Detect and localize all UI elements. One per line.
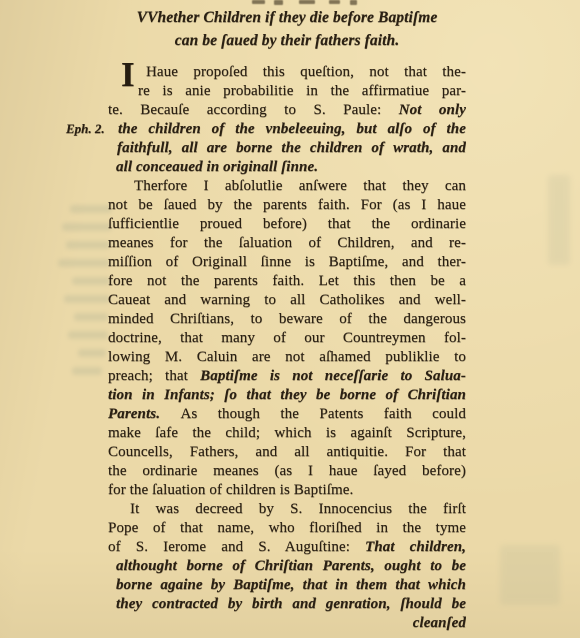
roman-text-segment: miſſion of Originall ſinne is Baptiſme, … xyxy=(108,254,466,270)
bleed-through-ghost xyxy=(64,295,110,303)
roman-text-segment: Therfore I abſolutlie anſwere that they … xyxy=(134,178,466,194)
text-line: minded Chriſtians, to beware of the dang… xyxy=(108,310,466,329)
text-line: cleanſed xyxy=(108,614,466,633)
roman-text-segment: re is anie probabilitie in the affirmati… xyxy=(138,83,466,99)
roman-text-segment: the ordinarie meanes (as I haue ſayed be… xyxy=(108,463,466,479)
text-line: Caueat and warning to all Catholikes and… xyxy=(108,291,466,310)
italic-text-segment: althought borne of Chriſtian Parents, ou… xyxy=(116,558,466,574)
roman-text-segment: make ſafe the child; which is againſt Sc… xyxy=(108,425,466,441)
text-line: tion in Infants; ſo that they be borne o… xyxy=(108,386,466,405)
bleed-through-ghost xyxy=(62,223,112,231)
text-line: the children of the vnbeleeuing, but alſ… xyxy=(108,120,466,139)
text-line: the ordinarie meanes (as I haue ſayed be… xyxy=(108,462,466,481)
roman-text-segment: As though the Patents faith could xyxy=(180,406,466,422)
roman-text-segment: Haue propoſed this queſtion, not that th… xyxy=(146,64,466,80)
text-line: of S. Ierome and S. Auguſtine: That chil… xyxy=(108,538,466,557)
roman-text-segment: ſufficientlie proued before) that the or… xyxy=(108,216,466,232)
text-line: doctrine, that many of our Countreymen f… xyxy=(108,329,466,348)
bleed-through-ghost xyxy=(548,175,570,265)
italic-text-segment: faithfull, all are borne the children of… xyxy=(117,140,466,156)
scanned-book-page: Eph. 2. VVhether Children if they die be… xyxy=(0,0,580,638)
roman-text-segment: Caueat and warning to all Catholikes and… xyxy=(108,292,466,308)
text-line: Parents. As though the Patents faith cou… xyxy=(108,405,466,424)
text-line: lowing M. Caluin are not aſhamed publikl… xyxy=(108,348,466,367)
roman-text-segment: not be ſaued by the parents faith. For (… xyxy=(108,197,466,213)
text-line: make ſafe the child; which is againſt Sc… xyxy=(108,424,466,443)
text-block: VVhether Children if they die before Bap… xyxy=(108,0,466,633)
heading-line: can be ſaued by their fathers faith. xyxy=(108,29,466,52)
roman-text-segment: te. Becauſe according to S. Paule: xyxy=(108,102,399,118)
roman-text-segment: preach; that xyxy=(108,368,200,384)
drop-cap-initial: I xyxy=(121,59,135,91)
roman-text-segment: meanes for the ſaluation of Children, an… xyxy=(108,235,466,251)
roman-text-segment: lowing M. Caluin are not aſhamed publikl… xyxy=(108,349,466,365)
text-line: fore not the parents faith. Let this the… xyxy=(108,272,466,291)
italic-text-segment: the children of the vnbeleeuing, but alſ… xyxy=(118,121,466,137)
roman-text-segment: of S. Ierome and S. Auguſtine: xyxy=(108,539,365,555)
text-line: re is anie probabilitie in the affirmati… xyxy=(108,82,466,101)
roman-text-segment: minded Chriſtians, to beware of the dang… xyxy=(108,311,466,327)
roman-text-segment: fore not the parents faith. Let this the… xyxy=(108,273,466,289)
roman-text-segment: doctrine, that many of our Countreymen f… xyxy=(108,330,466,346)
text-line: borne againe by Baptiſme, that in them t… xyxy=(108,576,466,595)
text-line: for the ſaluation of children is Baptiſm… xyxy=(108,481,466,500)
italic-text-segment: That children, xyxy=(365,539,466,555)
text-line: meanes for the ſaluation of Children, an… xyxy=(108,234,466,253)
bleed-through-ghost xyxy=(78,349,106,357)
roman-text-segment: for the ſaluation of children is Baptiſm… xyxy=(108,482,353,498)
text-line: Pope of that name, who floriſhed in the … xyxy=(108,519,466,538)
text-line: not be ſaued by the parents faith. For (… xyxy=(108,196,466,215)
italic-text-segment: all conceaued in originall ſinne. xyxy=(116,159,318,175)
text-line: they contracted by birth and genration, … xyxy=(108,595,466,614)
bleed-through-ghost xyxy=(68,331,108,339)
text-line: Therfore I abſolutlie anſwere that they … xyxy=(108,177,466,196)
bleed-through-ghost xyxy=(66,241,110,249)
bleed-through-ghost xyxy=(58,259,110,267)
bleed-through-ghost xyxy=(72,277,110,285)
bleed-through-ghost xyxy=(500,545,560,605)
text-line: Haue propoſed this queſtion, not that th… xyxy=(108,63,466,82)
italic-text-segment: borne againe by Baptiſme, that in them t… xyxy=(116,577,466,593)
text-line: preach; that Baptiſme is not neceſſarie … xyxy=(108,367,466,386)
text-line: miſſion of Originall ſinne is Baptiſme, … xyxy=(108,253,466,272)
text-line: all conceaued in originall ſinne. xyxy=(108,158,466,177)
roman-text-segment: It was decreed by S. Innocencius the fir… xyxy=(130,501,466,517)
text-line: Councells, Fathers, and all antiquitie. … xyxy=(108,443,466,462)
chapter-question-heading: VVhether Children if they die before Bap… xyxy=(108,0,466,52)
italic-text-segment: Parents. xyxy=(108,406,180,422)
text-line: ſufficientlie proued before) that the or… xyxy=(108,215,466,234)
italic-text-segment: they contracted by birth and genration, … xyxy=(116,596,466,612)
text-line: It was decreed by S. Innocencius the fir… xyxy=(108,500,466,519)
italic-text-segment: Baptiſme is not neceſſarie to Salua- xyxy=(200,368,466,384)
text-line: althought borne of Chriſtian Parents, ou… xyxy=(108,557,466,576)
roman-text-segment: Councells, Fathers, and all antiquitie. … xyxy=(108,444,466,460)
heading-spacer xyxy=(108,52,466,63)
italic-text-segment: cleanſed xyxy=(413,615,466,631)
bleed-through-ghost xyxy=(72,367,102,375)
bleed-through-ghost xyxy=(74,313,108,321)
text-line: te. Becauſe according to S. Paule: Not o… xyxy=(108,101,466,120)
italic-text-segment: Not only xyxy=(399,102,466,118)
heading-line: VVhether Children if they die before Bap… xyxy=(108,6,466,29)
roman-text-segment: Pope of that name, who floriſhed in the … xyxy=(108,520,466,536)
body-lines: Haue propoſed this queſtion, not that th… xyxy=(108,63,466,633)
bleed-through-ghost xyxy=(70,205,112,213)
italic-text-segment: tion in Infants; ſo that they be borne o… xyxy=(108,387,466,403)
text-line: faithfull, all are borne the children of… xyxy=(108,139,466,158)
